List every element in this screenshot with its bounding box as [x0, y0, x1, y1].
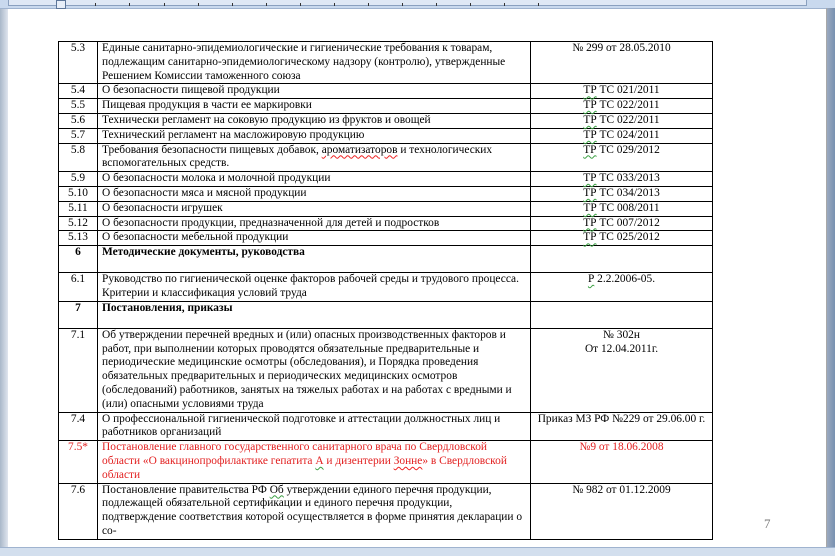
- horizontal-ruler[interactable]: [0, 0, 835, 9]
- reference-code: ТС 022/2011: [597, 99, 660, 111]
- table-row: 5.3 Единые санитарно-эпидемиологические …: [59, 42, 713, 84]
- table-row: 5.6 Технически регламент на соковую прод…: [59, 113, 713, 128]
- reference-code: ТС 024/2011: [597, 129, 660, 141]
- reference-code: ТС 029/2012: [597, 144, 660, 156]
- row-reference: [531, 246, 713, 273]
- row-reference: ТР ТС 008/2011: [531, 201, 713, 216]
- section-number: 7: [59, 301, 98, 328]
- reference-code: ТС 025/2012: [597, 231, 660, 243]
- row-description: О безопасности игрушек: [98, 201, 531, 216]
- vertical-scrollbar[interactable]: [826, 8, 835, 548]
- document-page: 5.3 Единые санитарно-эпидемиологические …: [8, 9, 826, 547]
- ruler-tick: [538, 3, 539, 6]
- row-reference: ТР ТС 021/2011: [531, 84, 713, 99]
- table-row: 5.7 Технический регламент на масложирову…: [59, 128, 713, 143]
- reference-number: № 302н: [535, 329, 708, 343]
- reference-code: 2.2.2006-05.: [594, 273, 655, 285]
- row-description: О безопасности мебельной продукции: [98, 231, 531, 246]
- row-number: 5.9: [59, 172, 98, 187]
- table-row: 5.8 Требования безопасности пищевых доба…: [59, 143, 713, 172]
- left-page-margin: [0, 9, 8, 547]
- ruler-tick: [95, 3, 96, 6]
- row-number: 7.5*: [59, 441, 98, 483]
- table-row: 5.13 О безопасности мебельной продукции …: [59, 231, 713, 246]
- row-number: 5.3: [59, 42, 98, 84]
- row-description: О безопасности молока и молочной продукц…: [98, 172, 531, 187]
- section-title: Методические документы, руководства: [98, 246, 531, 273]
- description-text: и дизентерии: [324, 455, 394, 467]
- row-reference: ТР ТС 024/2011: [531, 128, 713, 143]
- row-description: Единые санитарно-эпидемиологические и ги…: [98, 42, 531, 84]
- spellcheck-word[interactable]: ТР: [583, 202, 596, 214]
- description-text: Требования безопасности пищевых добавок,: [102, 144, 322, 156]
- row-description: О безопасности мяса и мясной продукции: [98, 186, 531, 201]
- row-number: 5.12: [59, 216, 98, 231]
- spellcheck-word[interactable]: ТР: [583, 99, 596, 111]
- section-header-row: 6 Методические документы, руководства: [59, 246, 713, 273]
- row-reference: ТР ТС 029/2012: [531, 143, 713, 172]
- table-row: 7.6 Постановление правительства РФ Об ут…: [59, 483, 713, 539]
- section-title: Постановления, приказы: [98, 301, 531, 328]
- row-number: 7.6: [59, 483, 98, 539]
- row-reference: ТР ТС 034/2013: [531, 186, 713, 201]
- ruler-tick: [266, 3, 267, 6]
- ruler-tick: [129, 3, 130, 6]
- row-number: 5.5: [59, 99, 98, 114]
- ruler-tick: [402, 3, 403, 6]
- reference-code: ТС 034/2013: [597, 187, 660, 199]
- ruler-tick: [232, 3, 233, 6]
- ruler-tick: [470, 3, 471, 6]
- row-number: 7.1: [59, 328, 98, 412]
- row-description: О безопасности продукции, предназначенно…: [98, 216, 531, 231]
- spellcheck-word[interactable]: ТР: [583, 217, 596, 229]
- ruler-tick: [436, 3, 437, 6]
- row-number: 5.8: [59, 143, 98, 172]
- spellcheck-word[interactable]: Об: [270, 484, 284, 496]
- row-reference: № 982 от 01.12.2009: [531, 483, 713, 539]
- description-text: Постановление правительства РФ: [102, 484, 270, 496]
- row-description: Технически регламент на соковую продукци…: [98, 113, 531, 128]
- table-row: 5.5 Пищевая продукция в части ее маркиро…: [59, 99, 713, 114]
- table-row-highlighted: 7.5* Постановление главного государствен…: [59, 441, 713, 483]
- reference-code: ТС 007/2012: [597, 217, 660, 229]
- row-number: 6.1: [59, 273, 98, 302]
- ruler-tick: [368, 3, 369, 6]
- reference-code: ТС 022/2011: [597, 114, 660, 126]
- spellcheck-word[interactable]: ТР: [583, 114, 596, 126]
- row-number: 5.13: [59, 231, 98, 246]
- row-description: Руководство по гигиенической оценке факт…: [98, 273, 531, 302]
- ruler-tick: [334, 3, 335, 6]
- row-number: 5.7: [59, 128, 98, 143]
- page-number: 7: [764, 516, 771, 532]
- row-number: 5.4: [59, 84, 98, 99]
- spellcheck-word[interactable]: ТР: [583, 172, 596, 184]
- table-row: 5.9 О безопасности молока и молочной про…: [59, 172, 713, 187]
- row-reference: ТР ТС 022/2011: [531, 99, 713, 114]
- row-reference: [531, 301, 713, 328]
- section-number: 6: [59, 246, 98, 273]
- ruler-tick: [300, 3, 301, 6]
- row-description: Постановление правительства РФ Об утверж…: [98, 483, 531, 539]
- ruler-tick: [504, 3, 505, 6]
- table-row: 6.1 Руководство по гигиенической оценке …: [59, 273, 713, 302]
- reference-code: ТС 033/2013: [597, 172, 660, 184]
- status-bar-edge: [0, 547, 835, 556]
- indent-marker[interactable]: [56, 0, 66, 9]
- table-row: 7.1 Об утверждении перечней вредных и (и…: [59, 328, 713, 412]
- row-description: Технический регламент на масложировую пр…: [98, 128, 531, 143]
- row-reference: № 299 от 28.05.2010: [531, 42, 713, 84]
- row-description: Постановление главного государственного …: [98, 441, 531, 483]
- table-row: 5.10 О безопасности мяса и мясной продук…: [59, 186, 713, 201]
- row-description: О профессиональной гигиенической подгото…: [98, 412, 531, 441]
- row-description: Об утверждении перечней вредных и (или) …: [98, 328, 531, 412]
- row-reference: № 302нОт 12.04.2011г.: [531, 328, 713, 412]
- regulations-table: 5.3 Единые санитарно-эпидемиологические …: [58, 41, 713, 540]
- table-row: 7.4 О профессиональной гигиенической под…: [59, 412, 713, 441]
- spellcheck-word[interactable]: Зонне: [394, 455, 423, 467]
- row-reference: №9 от 18.06.2008: [531, 441, 713, 483]
- reference-date: От 12.04.2011г.: [535, 343, 708, 357]
- spellcheck-word[interactable]: ТР: [583, 129, 596, 141]
- row-number: 7.4: [59, 412, 98, 441]
- reference-code: ТС 008/2011: [597, 202, 660, 214]
- ruler-tick: [198, 3, 199, 6]
- row-reference: ТР ТС 007/2012: [531, 216, 713, 231]
- table-row: 5.11 О безопасности игрушек ТР ТС 008/20…: [59, 201, 713, 216]
- row-reference: Р 2.2.2006-05.: [531, 273, 713, 302]
- ruler-tick: [164, 3, 165, 6]
- spellcheck-word[interactable]: ТР: [583, 144, 596, 156]
- spellcheck-word[interactable]: ТР: [583, 187, 596, 199]
- table-row: 5.12 О безопасности продукции, предназна…: [59, 216, 713, 231]
- row-reference: ТР ТС 025/2012: [531, 231, 713, 246]
- row-description: Пищевая продукция в части ее маркировки: [98, 99, 531, 114]
- row-reference: Приказ МЗ РФ №229 от 29.06.00 г.: [531, 412, 713, 441]
- table-row: 5.4 О безопасности пищевой продукции ТР …: [59, 84, 713, 99]
- row-description: О безопасности пищевой продукции: [98, 84, 531, 99]
- row-number: 5.11: [59, 201, 98, 216]
- row-number: 5.6: [59, 113, 98, 128]
- spellcheck-word[interactable]: А: [315, 455, 323, 467]
- spellcheck-word[interactable]: ТР: [583, 231, 596, 243]
- ruler-track: [8, 0, 807, 6]
- section-header-row: 7 Постановления, приказы: [59, 301, 713, 328]
- row-reference: ТР ТС 022/2011: [531, 113, 713, 128]
- row-description: Требования безопасности пищевых добавок,…: [98, 143, 531, 172]
- row-reference: ТР ТС 033/2013: [531, 172, 713, 187]
- row-number: 5.10: [59, 186, 98, 201]
- spellcheck-word[interactable]: ТР: [583, 84, 596, 96]
- reference-code: ТС 021/2011: [597, 84, 660, 96]
- spellcheck-word[interactable]: ароматизаторов: [322, 144, 398, 156]
